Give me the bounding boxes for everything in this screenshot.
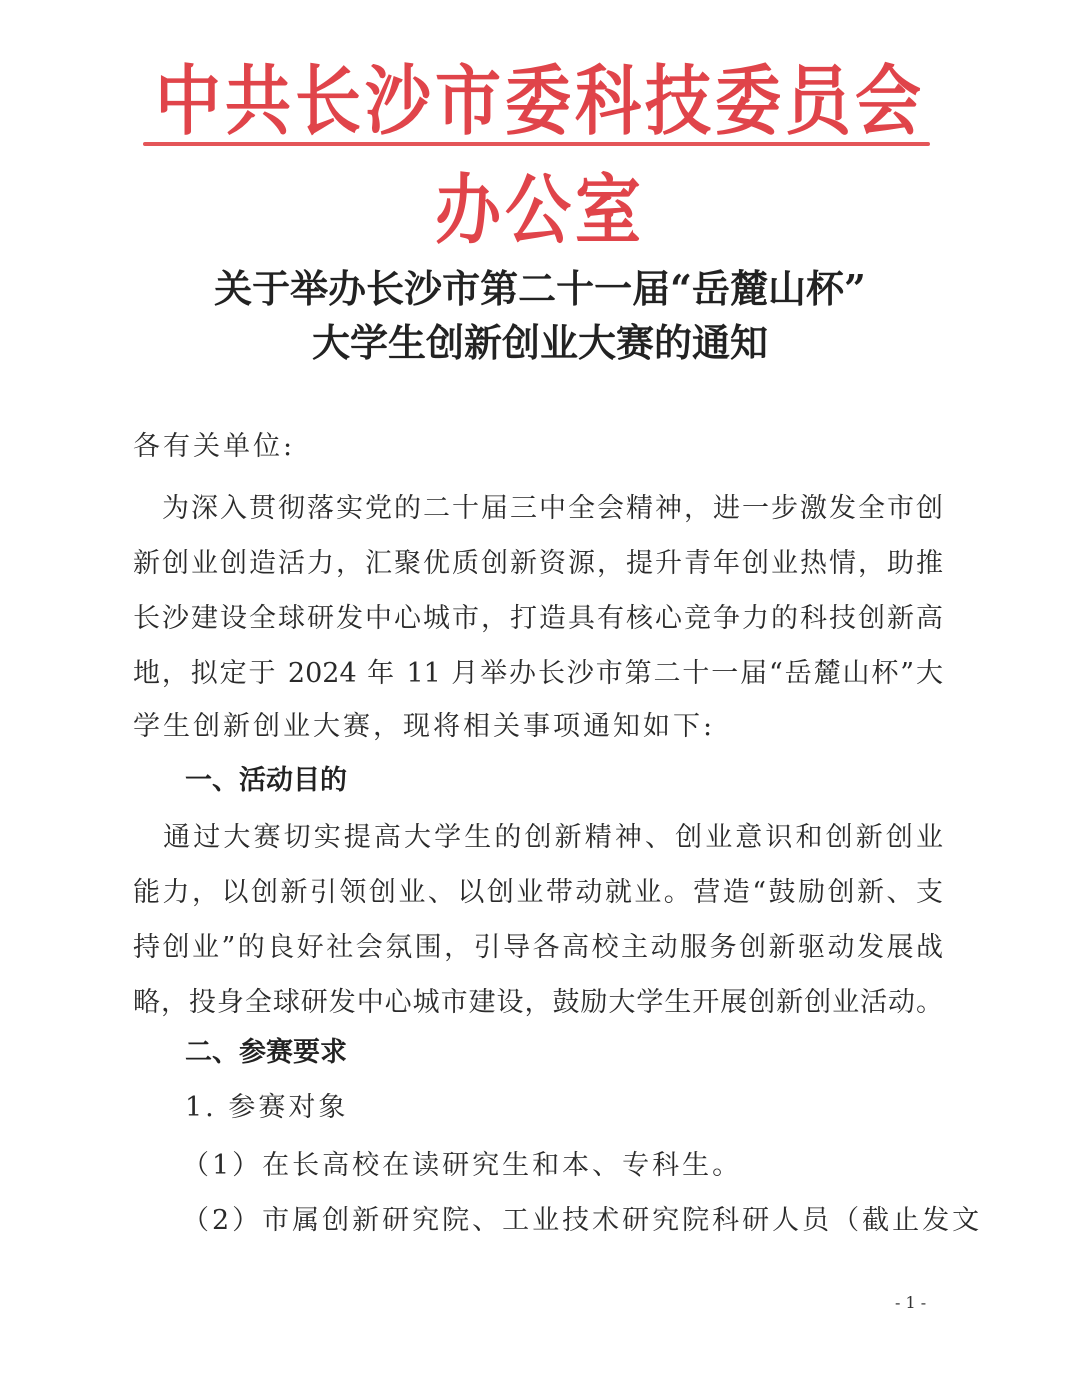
intro-line-2: 新创业创造活力，汇聚优质创新资源，提升青年创业热情，助推 — [133, 541, 943, 580]
document-title-line-1: 关于举办长沙市第二十一届“岳麓山杯” — [140, 258, 940, 313]
section-heading-requirements: 二、参赛要求 — [185, 1030, 347, 1069]
page-number: - 1 - — [895, 1293, 926, 1312]
intro-line-4: 地，拟定于 2024 年 11 月举办长沙市第二十一届“岳麓山杯”大 — [133, 651, 943, 690]
subheading-participants: 1. 参赛对象 — [185, 1085, 995, 1124]
intro-line-5: 学生创新创业大赛，现将相关事项通知如下: — [133, 704, 943, 743]
purpose-line-1: 通过大赛切实提高大学生的创新精神、创业意识和创新创业 — [133, 815, 943, 854]
purpose-line-2: 能力，以创新引领创业、以创业带动就业。营造“鼓励创新、支 — [133, 870, 943, 909]
intro-line-3: 长沙建设全球研发中心城市，打造具有核心竞争力的科技创新高 — [133, 596, 943, 635]
participant-item-2: （2）市属创新研究院、工业技术研究院科研人员（截止发文 — [182, 1198, 992, 1237]
issuer-masthead: 中共长沙市委科技委员会办公室 — [140, 40, 940, 259]
intro-line-1: 为深入贯彻落实党的二十届三中全会精神，进一步激发全市创 — [133, 486, 943, 525]
document-title-line-2: 大学生创新创业大赛的通知 — [140, 312, 940, 367]
red-divider-rule — [143, 142, 930, 146]
purpose-line-3: 持创业”的良好社会氛围，引导各高校主动服务创新驱动发展战 — [133, 925, 943, 964]
participant-item-1: （1）在长高校在读研究生和本、专科生。 — [182, 1143, 992, 1182]
salutation: 各有关单位: — [133, 424, 943, 463]
purpose-line-4: 略，投身全球研发中心城市建设，鼓励大学生开展创新创业活动。 — [133, 980, 943, 1019]
section-heading-purpose: 一、活动目的 — [185, 758, 347, 797]
